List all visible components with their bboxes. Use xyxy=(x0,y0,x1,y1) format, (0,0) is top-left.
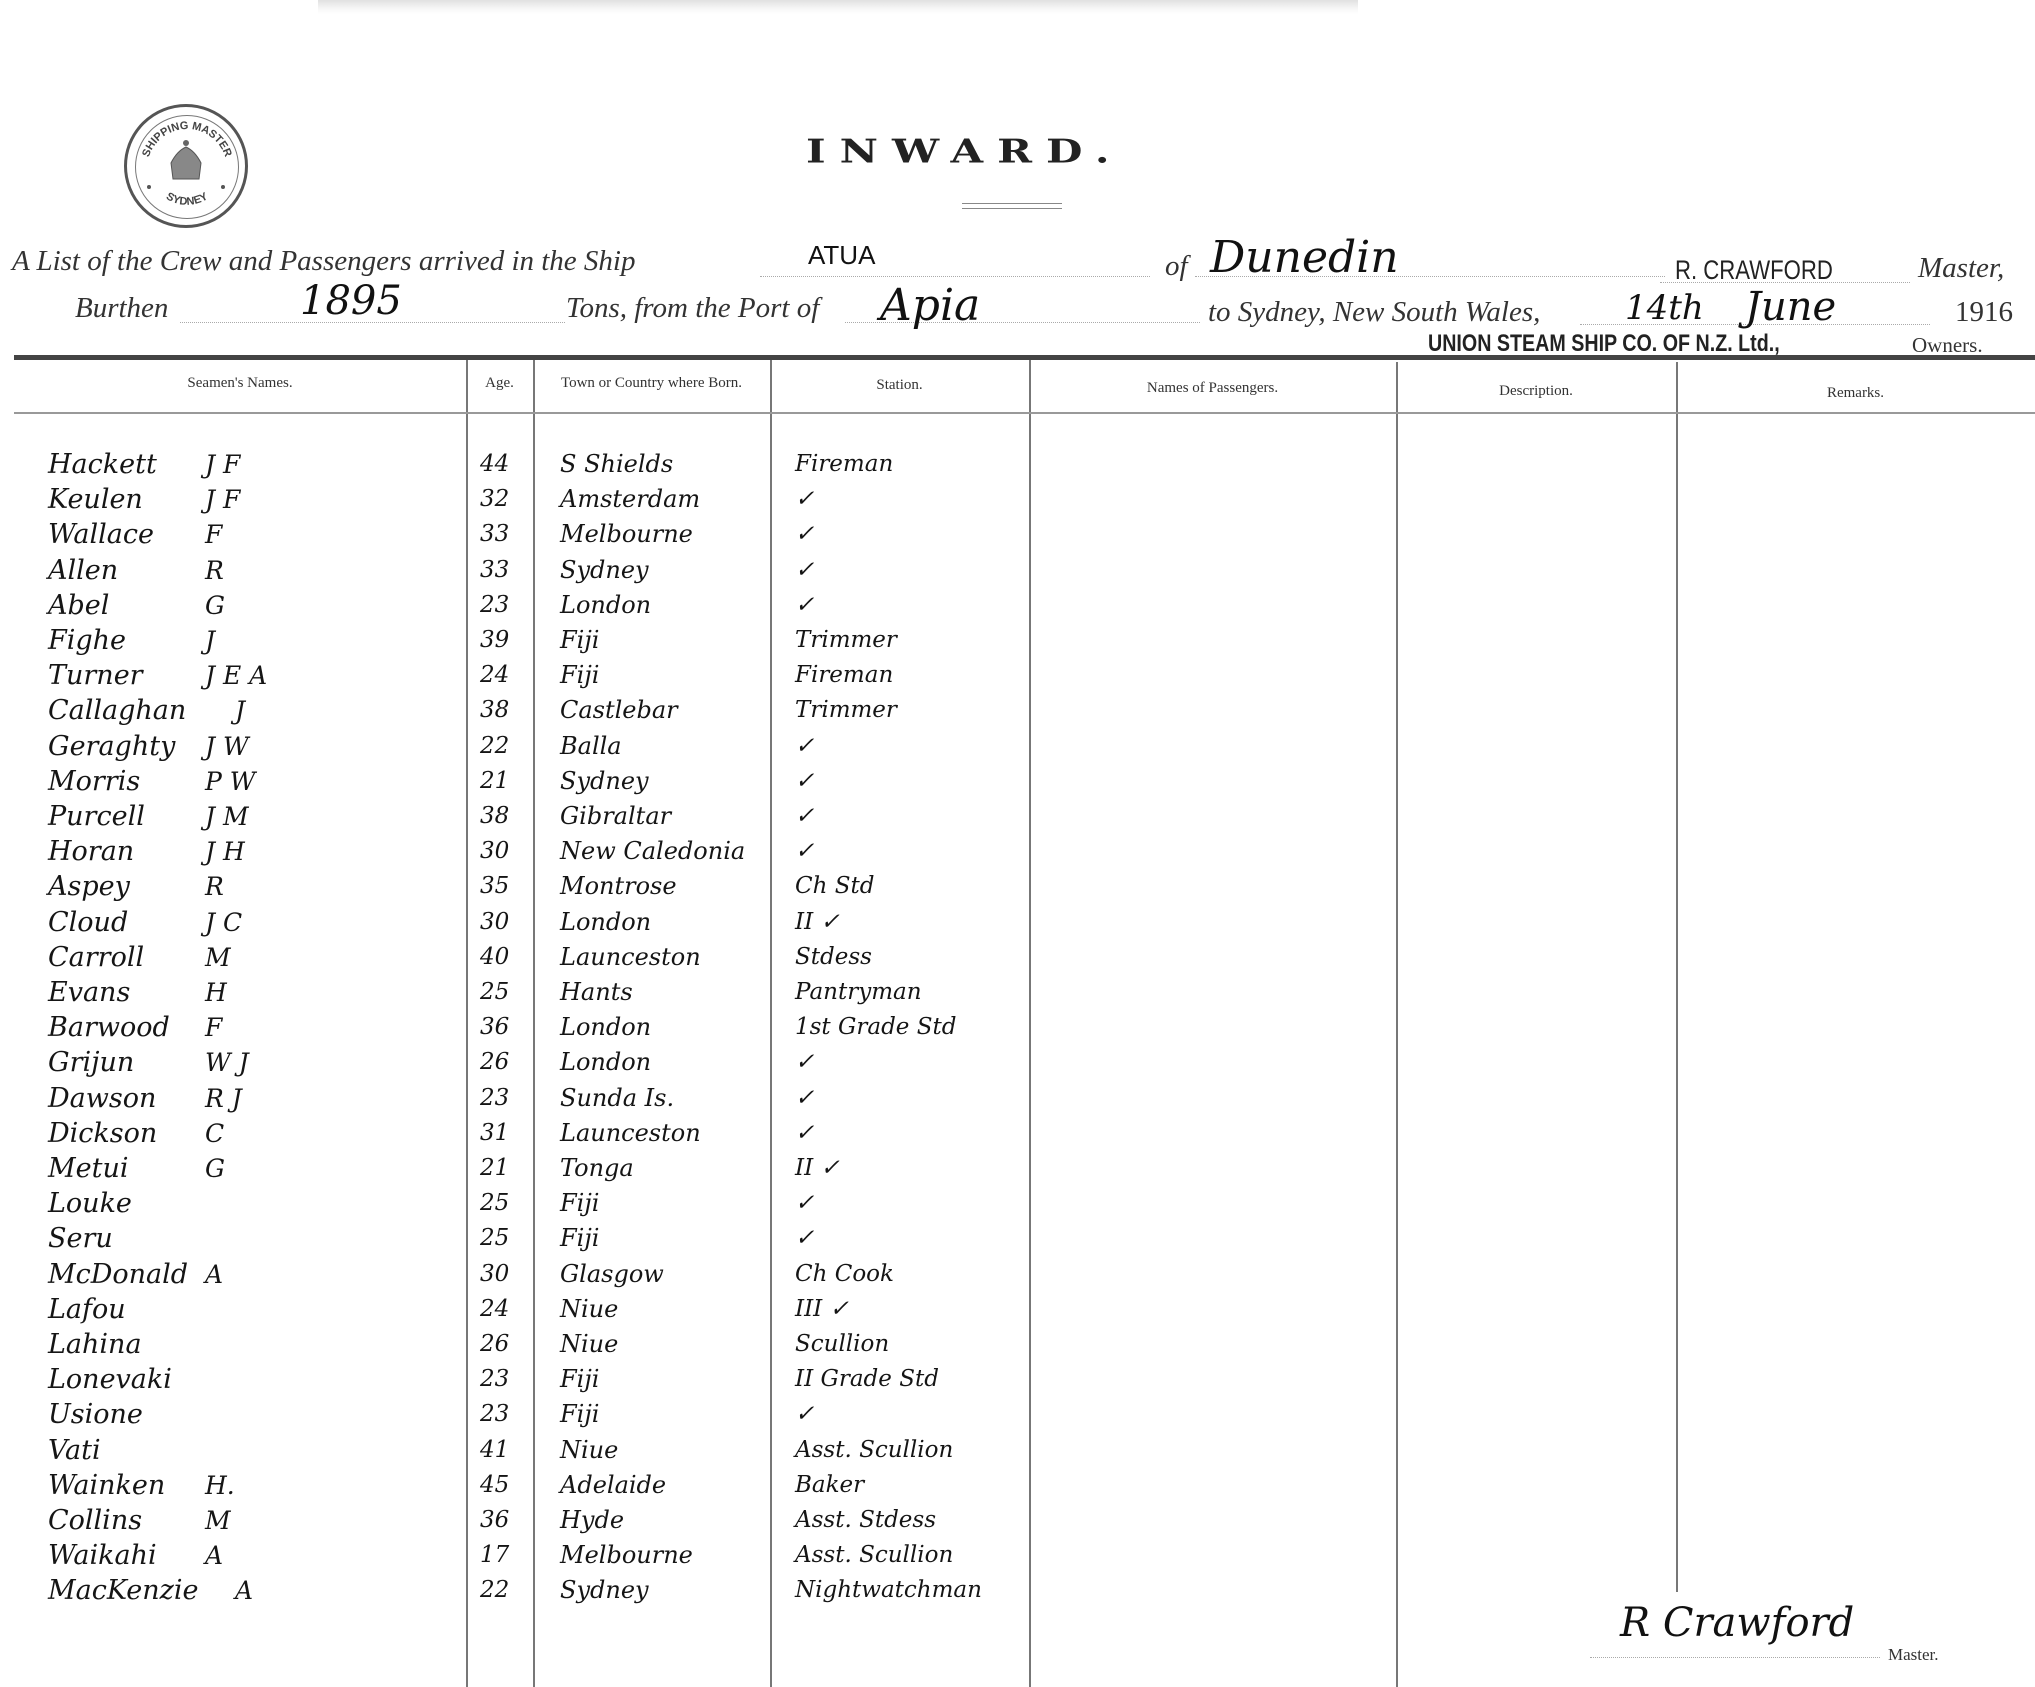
seaman-station: ✓ xyxy=(795,1081,814,1116)
seaman-name: Morris xyxy=(48,764,140,799)
seaman-age: 23 xyxy=(480,1081,509,1116)
seaman-age: 31 xyxy=(480,1116,509,1151)
seaman-initials: H xyxy=(205,975,227,1010)
seaman-name: Vati xyxy=(48,1433,101,1468)
seaman-station: ✓ xyxy=(795,764,814,799)
table-row: Wallace F 33 Melbourne ✓ xyxy=(0,517,2035,552)
seaman-station: Pantryman xyxy=(795,975,922,1010)
table-row: Abel G 23 London ✓ xyxy=(0,588,2035,623)
table-row: Metui G 21 Tonga II ✓ xyxy=(0,1151,2035,1186)
seaman-birthplace: New Caledonia xyxy=(560,834,745,869)
seaman-age: 21 xyxy=(480,764,509,799)
seaman-age: 23 xyxy=(480,1362,509,1397)
seaman-age: 26 xyxy=(480,1045,509,1080)
seaman-age: 33 xyxy=(480,553,509,588)
table-row: Turner J E A 24 Fiji Fireman xyxy=(0,658,2035,693)
seaman-birthplace: Melbourne xyxy=(560,1538,693,1573)
table-row: Purcell J M 38 Gibraltar ✓ xyxy=(0,799,2035,834)
seaman-name: Seru xyxy=(48,1221,113,1256)
seaman-initials: A xyxy=(235,1573,253,1608)
seaman-station: ✓ xyxy=(795,588,814,623)
from-port-field: Apia xyxy=(880,280,980,331)
seaman-birthplace: Fiji xyxy=(560,1397,599,1432)
seaman-name: Keulen xyxy=(48,482,143,517)
seaman-initials: J C xyxy=(205,905,242,940)
seaman-initials: G xyxy=(205,1151,225,1186)
seaman-name: Cloud xyxy=(48,905,128,940)
seaman-initials: J F xyxy=(205,482,240,517)
date-month-field: June xyxy=(1745,284,1836,330)
seaman-birthplace: Fiji xyxy=(560,1221,599,1256)
seaman-station: ✓ xyxy=(795,482,814,517)
seaman-age: 36 xyxy=(480,1503,509,1538)
table-row: Evans H 25 Hants Pantryman xyxy=(0,975,2035,1010)
col-header-age: Age. xyxy=(466,375,533,392)
owners-company: UNION STEAM SHIP CO. OF N.Z. Ltd., xyxy=(1428,330,1780,358)
seaman-name: Aspey xyxy=(48,869,130,904)
table-row: Dickson C 31 Launceston ✓ xyxy=(0,1116,2035,1151)
seaman-name: Callaghan xyxy=(48,693,186,728)
seaman-initials: J H xyxy=(205,834,245,869)
seaman-station: Fireman xyxy=(795,658,893,693)
seaman-station: Scullion xyxy=(795,1327,889,1362)
table-row: Louke 25 Fiji ✓ xyxy=(0,1186,2035,1221)
burthen-label: Burthen xyxy=(75,292,168,325)
seaman-station: ✓ xyxy=(795,1397,814,1432)
seaman-age: 30 xyxy=(480,905,509,940)
seaman-birthplace: Tonga xyxy=(560,1151,634,1186)
title-rule xyxy=(962,203,1062,204)
seaman-station: Asst. Scullion xyxy=(795,1433,953,1468)
date-day-field: 14th xyxy=(1625,288,1704,328)
seaman-name: Barwood xyxy=(48,1010,170,1045)
table-row: Fighe J 39 Fiji Trimmer xyxy=(0,623,2035,658)
table-row: Aspey R 35 Montrose Ch Std xyxy=(0,869,2035,904)
seaman-age: 38 xyxy=(480,693,509,728)
col-header-description: Description. xyxy=(1396,383,1676,400)
seaman-age: 32 xyxy=(480,482,509,517)
seaman-age: 26 xyxy=(480,1327,509,1362)
seaman-birthplace: London xyxy=(560,1045,651,1080)
seaman-station: ✓ xyxy=(795,1186,814,1221)
seaman-birthplace: London xyxy=(560,588,651,623)
seaman-station: Baker xyxy=(795,1468,864,1503)
seaman-station: Asst. Scullion xyxy=(795,1538,953,1573)
seaman-initials: A xyxy=(205,1257,223,1292)
table-row: Morris P W 21 Sydney ✓ xyxy=(0,764,2035,799)
crown-icon: SHIPPING MASTER SYDNEY xyxy=(127,107,245,225)
table-row: Allen R 33 Sydney ✓ xyxy=(0,553,2035,588)
seaman-birthplace: Sydney xyxy=(560,1573,649,1608)
seaman-age: 33 xyxy=(480,517,509,552)
seaman-birthplace: S Shields xyxy=(560,447,673,482)
seaman-name: Fighe xyxy=(48,623,126,658)
seaman-initials: J E A xyxy=(205,658,267,693)
of-label: of xyxy=(1165,250,1188,283)
seaman-station: Trimmer xyxy=(795,623,897,658)
seaman-age: 25 xyxy=(480,975,509,1010)
svg-text:SYDNEY: SYDNEY xyxy=(164,190,210,208)
seaman-station: Stdess xyxy=(795,940,872,975)
seaman-station: ✓ xyxy=(795,834,814,869)
ship-fill-line xyxy=(760,276,1150,277)
col-header-station: Station. xyxy=(770,377,1029,394)
table-row: Lahina 26 Niue Scullion xyxy=(0,1327,2035,1362)
seaman-birthplace: Fiji xyxy=(560,1362,599,1397)
seaman-name: Grijun xyxy=(48,1045,134,1080)
seaman-initials: M xyxy=(205,1503,231,1538)
seaman-birthplace: Glasgow xyxy=(560,1257,664,1292)
table-row: Usione 23 Fiji ✓ xyxy=(0,1397,2035,1432)
table-row: Cloud J C 30 London II ✓ xyxy=(0,905,2035,940)
table-top-rule xyxy=(14,355,2035,360)
seaman-birthplace: London xyxy=(560,1010,651,1045)
date-year-field: 1916 xyxy=(1955,296,2013,329)
seaman-station: II ✓ xyxy=(795,1151,840,1186)
seaman-station: ✓ xyxy=(795,729,814,764)
seaman-initials: A xyxy=(205,1538,223,1573)
seaman-initials: J F xyxy=(205,447,240,482)
seaman-station: II ✓ xyxy=(795,905,840,940)
scan-artifact-strip xyxy=(318,0,1358,14)
signature-label: Master. xyxy=(1888,1645,1939,1665)
seaman-station: Ch Cook xyxy=(795,1257,894,1292)
seaman-age: 30 xyxy=(480,834,509,869)
table-row: McDonald A 30 Glasgow Ch Cook xyxy=(0,1257,2035,1292)
seaman-initials: J M xyxy=(205,799,249,834)
seaman-station: Fireman xyxy=(795,447,893,482)
table-row: Vati 41 Niue Asst. Scullion xyxy=(0,1433,2035,1468)
seaman-station: II Grade Std xyxy=(795,1362,939,1397)
seaman-initials: P W xyxy=(205,764,255,799)
seaman-station: ✓ xyxy=(795,799,814,834)
shipping-master-stamp: SHIPPING MASTER SYDNEY xyxy=(124,104,248,228)
seaman-name: Purcell xyxy=(48,799,145,834)
home-port-field: Dunedin xyxy=(1210,232,1399,283)
seaman-name: MacKenzie xyxy=(48,1573,199,1608)
seaman-initials: J W xyxy=(205,729,249,764)
table-row: Geraghty J W 22 Balla ✓ xyxy=(0,729,2035,764)
seaman-name: Lonevaki xyxy=(48,1362,172,1397)
table-row: Carroll M 40 Launceston Stdess xyxy=(0,940,2035,975)
page-title: INWARD. xyxy=(806,132,1256,170)
seaman-name: Wainken xyxy=(48,1468,165,1503)
seaman-birthplace: Sydney xyxy=(560,553,649,588)
seaman-initials: C xyxy=(205,1116,224,1151)
seaman-name: Horan xyxy=(48,834,134,869)
table-row: Dawson R J 23 Sunda Is. ✓ xyxy=(0,1081,2035,1116)
seaman-birthplace: Niue xyxy=(560,1433,618,1468)
seaman-age: 25 xyxy=(480,1186,509,1221)
signature-line xyxy=(1590,1657,1880,1658)
seaman-initials: F xyxy=(205,517,222,552)
seaman-name: Wallace xyxy=(48,517,154,552)
table-row: Barwood F 36 London 1st Grade Std xyxy=(0,1010,2035,1045)
table-row: Horan J H 30 New Caledonia ✓ xyxy=(0,834,2035,869)
seaman-birthplace: Launceston xyxy=(560,1116,701,1151)
seaman-name: Lahina xyxy=(48,1327,142,1362)
seaman-age: 30 xyxy=(480,1257,509,1292)
seaman-age: 24 xyxy=(480,658,509,693)
seaman-station: III ✓ xyxy=(795,1292,849,1327)
seaman-initials: F xyxy=(205,1010,222,1045)
table-row: Wainken H. 45 Adelaide Baker xyxy=(0,1468,2035,1503)
table-row: Collins M 36 Hyde Asst. Stdess xyxy=(0,1503,2035,1538)
seaman-age: 35 xyxy=(480,869,509,904)
seaman-age: 36 xyxy=(480,1010,509,1045)
table-row: Keulen J F 32 Amsterdam ✓ xyxy=(0,482,2035,517)
seaman-initials: H. xyxy=(205,1468,235,1503)
seaman-age: 22 xyxy=(480,729,509,764)
seaman-initials: J xyxy=(235,693,245,728)
header-bottom-rule xyxy=(14,412,2035,414)
destination-label: to Sydney, New South Wales, xyxy=(1208,296,1540,329)
seaman-name: Collins xyxy=(48,1503,142,1538)
seaman-age: 45 xyxy=(480,1468,509,1503)
seaman-age: 24 xyxy=(480,1292,509,1327)
seaman-station: Ch Std xyxy=(795,869,874,904)
seaman-station: Nightwatchman xyxy=(795,1573,982,1608)
seaman-initials: R xyxy=(205,553,224,588)
header-line1-prefix: A List of the Crew and Passengers arrive… xyxy=(12,245,636,278)
seaman-birthplace: Adelaide xyxy=(560,1468,666,1503)
seaman-birthplace: Gibraltar xyxy=(560,799,671,834)
seaman-name: Evans xyxy=(48,975,130,1010)
seaman-birthplace: London xyxy=(560,905,651,940)
seaman-name: Geraghty xyxy=(48,729,175,764)
ship-name-field: ATUA xyxy=(808,240,875,271)
seaman-birthplace: Castlebar xyxy=(560,693,678,728)
seaman-name: Waikahi xyxy=(48,1538,157,1573)
seaman-age: 41 xyxy=(480,1433,509,1468)
master-label: Master, xyxy=(1918,252,2004,285)
seaman-birthplace: Melbourne xyxy=(560,517,693,552)
seaman-birthplace: Montrose xyxy=(560,869,677,904)
table-row: Hackett J F 44 S Shields Fireman xyxy=(0,447,2035,482)
seaman-name: Dawson xyxy=(48,1081,156,1116)
seaman-initials: J xyxy=(205,623,215,658)
col-header-born: Town or Country where Born. xyxy=(533,375,770,392)
seaman-birthplace: Fiji xyxy=(560,623,599,658)
master-signature: R Crawford xyxy=(1620,1600,1854,1646)
seaman-station: ✓ xyxy=(795,1045,814,1080)
seaman-station: ✓ xyxy=(795,553,814,588)
seaman-initials: R xyxy=(205,869,224,904)
seaman-age: 40 xyxy=(480,940,509,975)
seaman-initials: M xyxy=(205,940,231,975)
seaman-age: 21 xyxy=(480,1151,509,1186)
seaman-station: 1st Grade Std xyxy=(795,1010,956,1045)
seaman-age: 23 xyxy=(480,588,509,623)
seaman-station: ✓ xyxy=(795,1221,814,1256)
seaman-age: 25 xyxy=(480,1221,509,1256)
seaman-age: 39 xyxy=(480,623,509,658)
master-name-field: R. CRAWFORD xyxy=(1675,255,1833,286)
seaman-name: Hackett xyxy=(48,447,157,482)
seaman-age: 23 xyxy=(480,1397,509,1432)
seaman-station: Trimmer xyxy=(795,693,897,728)
seaman-age: 22 xyxy=(480,1573,509,1608)
col-header-passengers: Names of Passengers. xyxy=(1029,380,1396,397)
seaman-birthplace: Sunda Is. xyxy=(560,1081,674,1116)
seaman-name: Lafou xyxy=(48,1292,126,1327)
seaman-name: McDonald xyxy=(48,1257,188,1292)
table-row: Waikahi A 17 Melbourne Asst. Scullion xyxy=(0,1538,2035,1573)
seaman-name: Carroll xyxy=(48,940,144,975)
seaman-name: Usione xyxy=(48,1397,143,1432)
seaman-birthplace: Niue xyxy=(560,1292,618,1327)
seaman-name: Metui xyxy=(48,1151,129,1186)
table-row: Seru 25 Fiji ✓ xyxy=(0,1221,2035,1256)
seaman-station: ✓ xyxy=(795,517,814,552)
seaman-birthplace: Sydney xyxy=(560,764,649,799)
table-row: Grijun W J 26 London ✓ xyxy=(0,1045,2035,1080)
seaman-age: 44 xyxy=(480,447,509,482)
seaman-birthplace: Fiji xyxy=(560,658,599,693)
seaman-name: Turner xyxy=(48,658,143,693)
seaman-name: Dickson xyxy=(48,1116,157,1151)
seaman-birthplace: Amsterdam xyxy=(560,482,700,517)
seaman-initials: R J xyxy=(205,1081,242,1116)
table-row: Lafou 24 Niue III ✓ xyxy=(0,1292,2035,1327)
seaman-name: Abel xyxy=(48,588,109,623)
burthen-value-field: 1895 xyxy=(300,278,402,324)
seaman-station: Asst. Stdess xyxy=(795,1503,936,1538)
seaman-age: 38 xyxy=(480,799,509,834)
seaman-age: 17 xyxy=(480,1538,509,1573)
col-header-remarks: Remarks. xyxy=(1676,385,2035,402)
seaman-station: ✓ xyxy=(795,1116,814,1151)
seaman-birthplace: Balla xyxy=(560,729,622,764)
seaman-birthplace: Niue xyxy=(560,1327,618,1362)
seaman-birthplace: Hyde xyxy=(560,1503,624,1538)
seaman-name: Allen xyxy=(48,553,118,588)
seaman-birthplace: Launceston xyxy=(560,940,701,975)
seaman-birthplace: Hants xyxy=(560,975,633,1010)
seaman-birthplace: Fiji xyxy=(560,1186,599,1221)
seaman-name: Louke xyxy=(48,1186,132,1221)
tons-label: Tons, from the Port of xyxy=(566,292,819,325)
seaman-initials: W J xyxy=(205,1045,249,1080)
table-row: Lonevaki 23 Fiji II Grade Std xyxy=(0,1362,2035,1397)
seaman-initials: G xyxy=(205,588,225,623)
table-row: Callaghan J 38 Castlebar Trimmer xyxy=(0,693,2035,728)
col-header-seamen-names: Seamen's Names. xyxy=(14,375,466,392)
title-rule xyxy=(962,208,1062,209)
